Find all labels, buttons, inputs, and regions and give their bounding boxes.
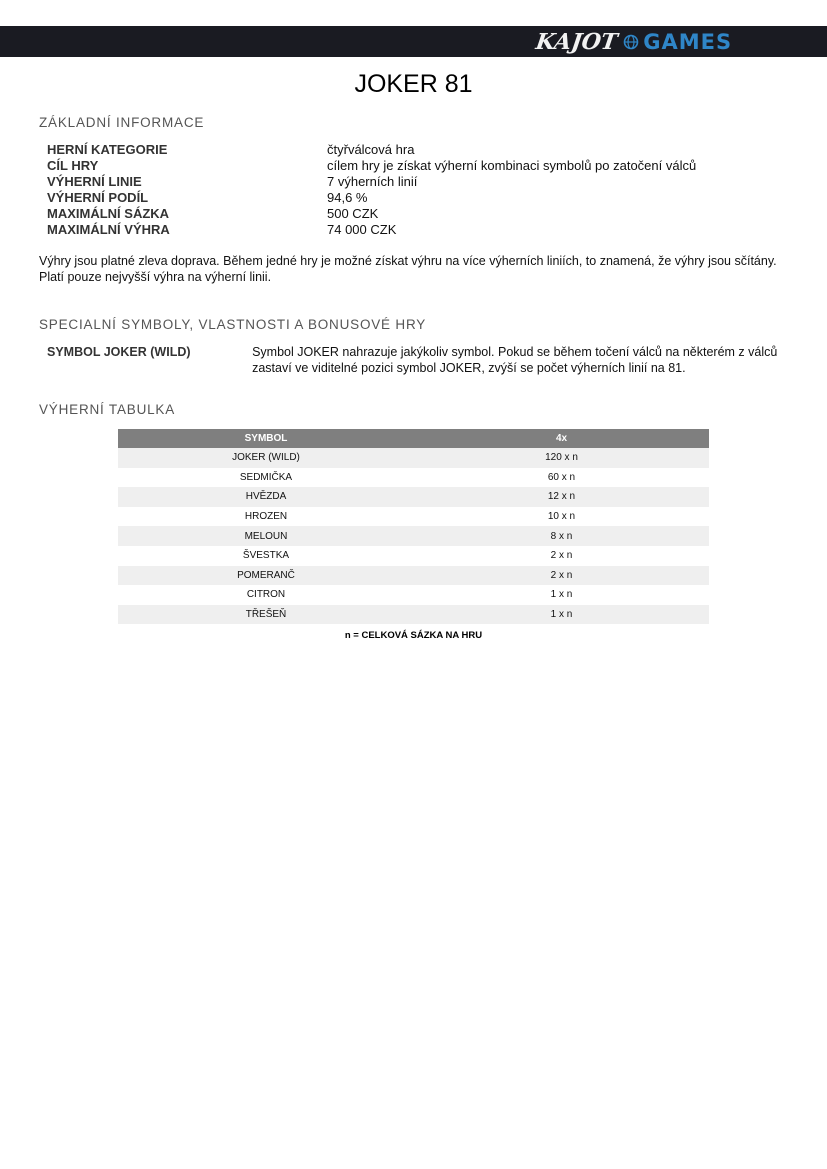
info-label: CÍL HRY	[47, 158, 327, 174]
info-label: HERNÍ KATEGORIE	[47, 142, 327, 158]
info-value: čtyřválcová hra	[327, 142, 414, 158]
paytable-symbol-cell: POMERANČ	[118, 566, 414, 586]
section-heading-special: SPECIALNÍ SYMBOLY, VLASTNOSTI A BONUSOVÉ…	[39, 317, 426, 332]
info-label: MAXIMÁLNÍ VÝHRA	[47, 222, 327, 238]
paytable: SYMBOL 4x JOKER (WILD)120 x nSEDMIČKA60 …	[118, 429, 709, 624]
paytable-symbol-cell: TŘEŠEŇ	[118, 605, 414, 625]
paytable-symbol-cell: CITRON	[118, 585, 414, 605]
special-symbol-description: Symbol JOKER nahrazuje jakýkoliv symbol.…	[252, 344, 787, 376]
paytable-payout-cell: 2 x n	[414, 546, 709, 566]
paytable-row: HVĚZDA12 x n	[118, 487, 709, 507]
paytable-row: ŠVESTKA2 x n	[118, 546, 709, 566]
paytable-symbol-cell: HVĚZDA	[118, 487, 414, 507]
paytable-payout-cell: 1 x n	[414, 585, 709, 605]
paytable-row: POMERANČ2 x n	[118, 566, 709, 586]
section-heading-basic: ZÁKLADNÍ INFORMACE	[39, 115, 204, 130]
paytable-symbol-cell: JOKER (WILD)	[118, 448, 414, 468]
info-value: 500 CZK	[327, 206, 378, 222]
info-label: MAXIMÁLNÍ SÁZKA	[47, 206, 327, 222]
info-value: cílem hry je získat výherní kombinaci sy…	[327, 158, 696, 174]
paytable-row: HROZEN10 x n	[118, 507, 709, 527]
info-row: VÝHERNÍ LINIE7 výherních linií	[47, 174, 696, 190]
info-row: MAXIMÁLNÍ SÁZKA500 CZK	[47, 206, 696, 222]
info-value: 7 výherních linií	[327, 174, 417, 190]
page-title: JOKER 81	[0, 70, 827, 99]
paytable-note: n = CELKOVÁ SÁZKA NA HRU	[0, 630, 827, 641]
info-row: CÍL HRYcílem hry je získat výherní kombi…	[47, 158, 696, 174]
paytable-header-row: SYMBOL 4x	[118, 429, 709, 448]
paytable-header-symbol: SYMBOL	[118, 429, 414, 448]
globe-icon	[623, 34, 639, 50]
paytable-header-4x: 4x	[414, 429, 709, 448]
info-label: VÝHERNÍ PODÍL	[47, 190, 327, 206]
info-row: MAXIMÁLNÍ VÝHRA74 000 CZK	[47, 222, 696, 238]
paytable-symbol-cell: MELOUN	[118, 526, 414, 546]
info-value: 94,6 %	[327, 190, 367, 206]
info-row: HERNÍ KATEGORIEčtyřválcová hra	[47, 142, 696, 158]
paytable-row: CITRON1 x n	[118, 585, 709, 605]
paytable-row: SEDMIČKA60 x n	[118, 468, 709, 488]
special-symbol-label: SYMBOL JOKER (WILD)	[47, 344, 252, 376]
paytable-payout-cell: 10 x n	[414, 507, 709, 527]
paytable-payout-cell: 120 x n	[414, 448, 709, 468]
info-value: 74 000 CZK	[327, 222, 396, 238]
paytable-payout-cell: 1 x n	[414, 605, 709, 625]
logo-games-text: GAMES	[643, 30, 732, 54]
paytable-payout-cell: 8 x n	[414, 526, 709, 546]
paytable-row: JOKER (WILD)120 x n	[118, 448, 709, 468]
info-row: VÝHERNÍ PODÍL94,6 %	[47, 190, 696, 206]
rules-paragraph: Výhry jsou platné zleva doprava. Během j…	[39, 253, 799, 285]
header-bar: KAJOT GAMES	[0, 26, 827, 57]
basic-info-list: HERNÍ KATEGORIEčtyřválcová hraCÍL HRYcíl…	[47, 142, 696, 238]
special-symbol-row: SYMBOL JOKER (WILD) Symbol JOKER nahrazu…	[47, 344, 787, 376]
paytable-row: MELOUN8 x n	[118, 526, 709, 546]
paytable-payout-cell: 60 x n	[414, 468, 709, 488]
paytable-symbol-cell: ŠVESTKA	[118, 546, 414, 566]
paytable-payout-cell: 2 x n	[414, 566, 709, 586]
paytable-symbol-cell: SEDMIČKA	[118, 468, 414, 488]
section-heading-paytable: VÝHERNÍ TABULKA	[39, 402, 175, 417]
paytable-symbol-cell: HROZEN	[118, 507, 414, 527]
info-label: VÝHERNÍ LINIE	[47, 174, 327, 190]
paytable-row: TŘEŠEŇ1 x n	[118, 605, 709, 625]
paytable-payout-cell: 12 x n	[414, 487, 709, 507]
kajot-games-logo: KAJOT GAMES	[536, 26, 732, 57]
logo-kajot-text: KAJOT	[534, 29, 619, 55]
